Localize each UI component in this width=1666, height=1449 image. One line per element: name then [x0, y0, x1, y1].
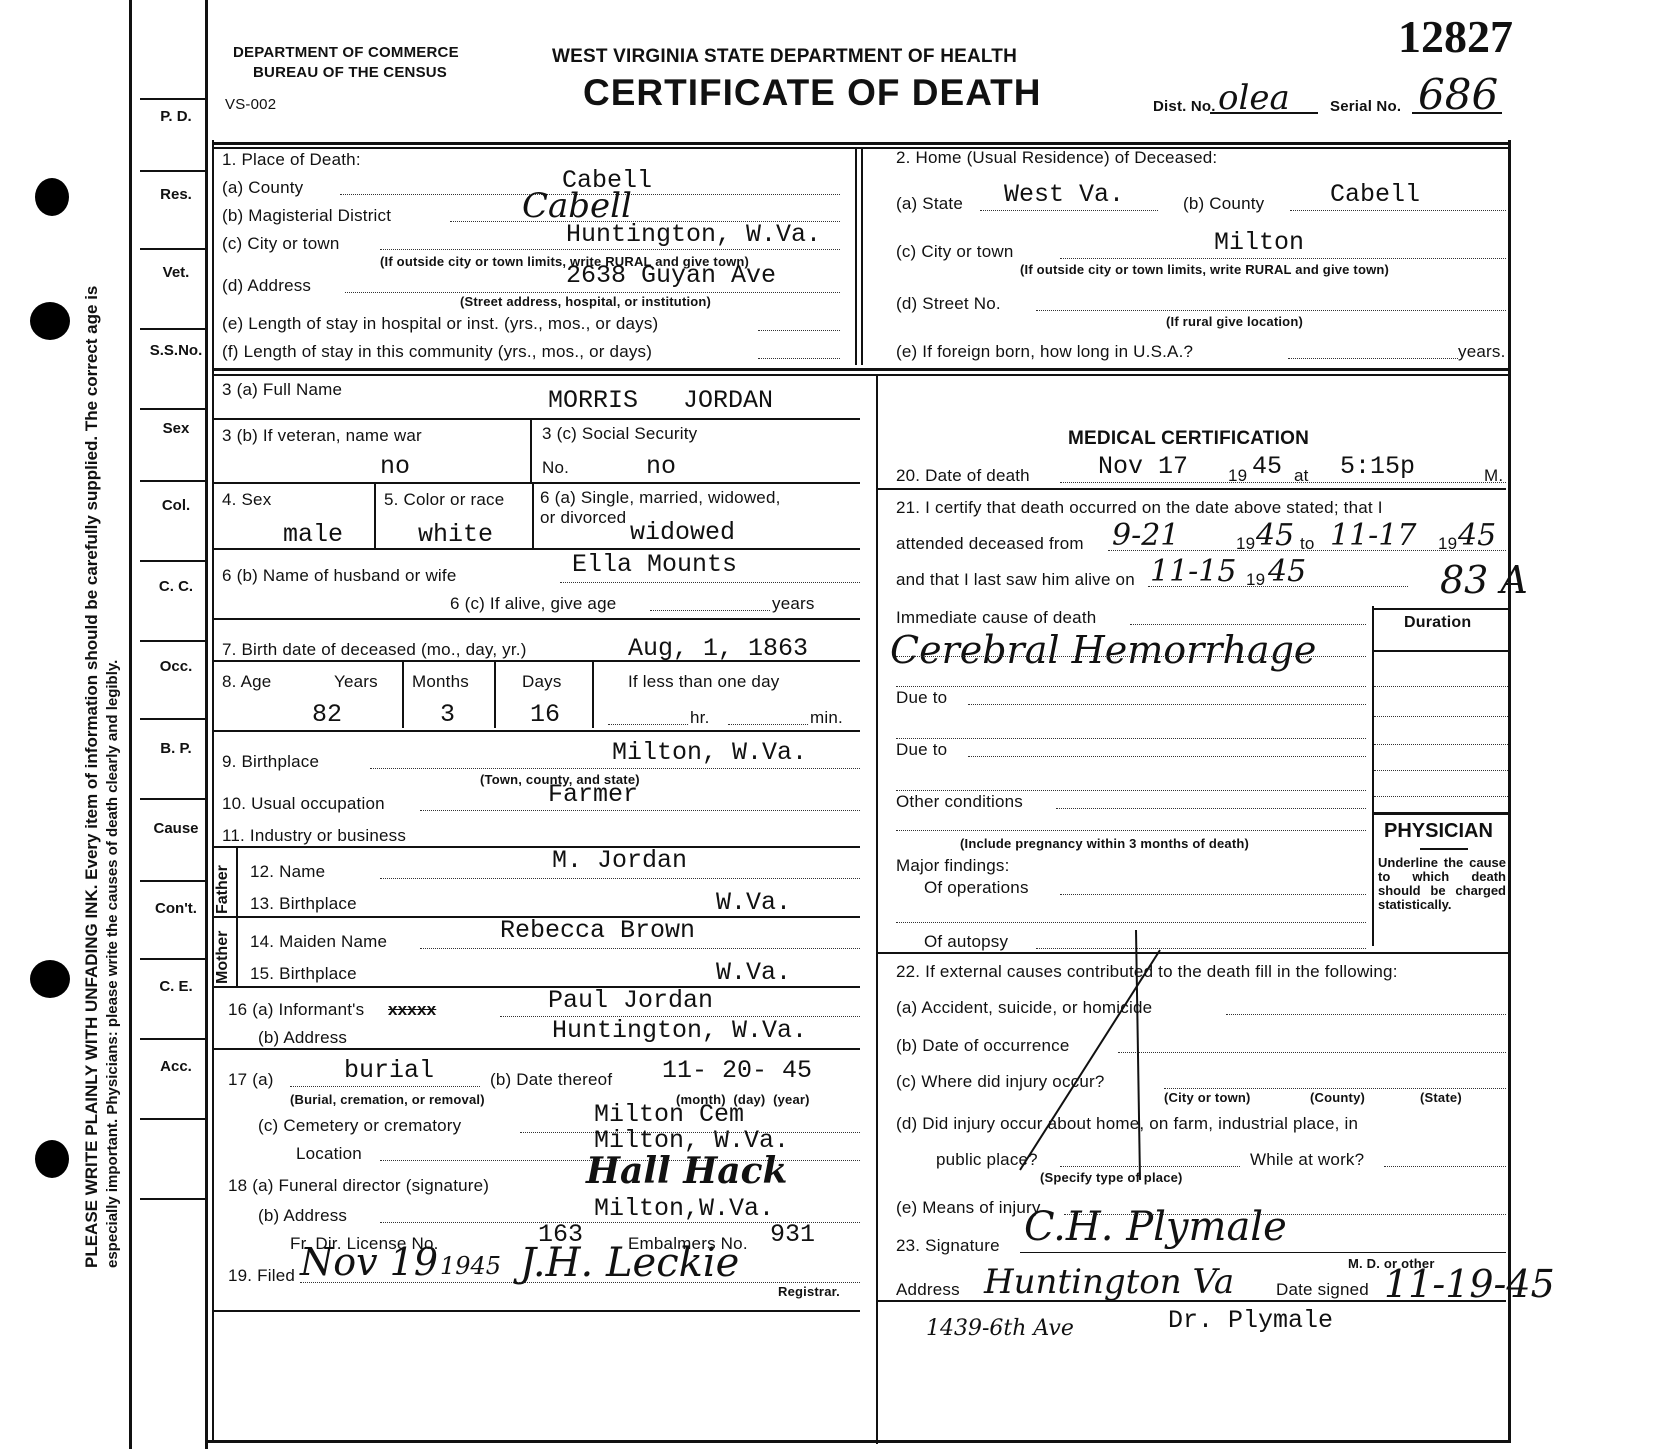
funeral-address-value: Milton,W.Va.: [594, 1194, 774, 1223]
district-label: (b) Magisterial District: [222, 206, 391, 226]
res-city-note: (If outside city or town limits, write R…: [1020, 262, 1389, 277]
disposal-date-label: (b) Date thereof: [490, 1070, 612, 1090]
death-time-suffix: M.: [1484, 466, 1503, 486]
race-value: white: [418, 520, 493, 549]
document-title: CERTIFICATE OF DEATH: [583, 72, 1042, 114]
months-label: Months: [412, 672, 469, 692]
attended-from: 9-21: [1112, 518, 1179, 553]
punch-hole: [35, 178, 69, 216]
punch-hole: [35, 1140, 69, 1178]
other-conditions-label: Other conditions: [896, 792, 1023, 812]
informant-value: Paul Jordan: [548, 986, 713, 1015]
physician-box-text: Underline the cause to which death shoul…: [1378, 856, 1506, 912]
due-to-1-label: Due to: [896, 688, 947, 708]
due-to-2-label: Due to: [896, 740, 947, 760]
ssn-no-label: No.: [542, 458, 569, 478]
birthplace-label: 9. Birthplace: [222, 752, 319, 772]
last-seen-label: and that I last saw him alive on: [896, 570, 1135, 590]
residence-heading: 2. Home (Usual Residence) of Deceased:: [896, 148, 1217, 168]
marital-label: 6 (a) Single, married, widowed,: [540, 488, 781, 508]
mother-name-label: 14. Maiden Name: [250, 932, 387, 952]
race-label: 5. Color or race: [384, 490, 504, 510]
res-county-value: Cabell: [1330, 180, 1420, 209]
ssn-label: 3 (c) Social Security: [542, 424, 697, 444]
physician-signature: C.H. Plymale: [1024, 1204, 1287, 1250]
spouse-age-label: 6 (c) If alive, give age: [450, 594, 616, 614]
code-cont: Con't.: [140, 900, 212, 917]
immediate-cause-label: Immediate cause of death: [896, 608, 1096, 628]
code-vet: Vet.: [140, 264, 212, 281]
res-county-label: (b) County: [1183, 194, 1264, 214]
age-label: 8. Age: [222, 672, 271, 692]
days-label: Days: [522, 672, 562, 692]
death-at-label: at: [1294, 466, 1309, 486]
years-label: Years: [334, 672, 378, 692]
address-value: 2638 Guyan Ave: [566, 261, 776, 290]
stay-hospital-label: (e) Length of stay in hospital or inst. …: [222, 314, 658, 334]
funeral-director-signature: Hall Hack: [586, 1150, 787, 1192]
sex-label: 4. Sex: [222, 490, 271, 510]
attended-to-year-prefix: 19: [1438, 534, 1457, 554]
attended-from-year: 45: [1256, 518, 1294, 553]
code-occ: Occ.: [140, 658, 212, 675]
code-sex: Sex: [140, 420, 212, 437]
full-name-label: 3 (a) Full Name: [222, 380, 342, 400]
margin-note: 83 A: [1440, 558, 1528, 602]
margin-instruction-line2: especially important. Physicians: please…: [104, 660, 121, 1268]
industry-label: 11. Industry or business: [222, 826, 406, 846]
while-at-work-label: While at work?: [1250, 1150, 1364, 1170]
city-value: Huntington, W.Va.: [566, 220, 821, 249]
registrar-label: Registrar.: [778, 1284, 840, 1299]
dist-no-label: Dist. No.: [1153, 98, 1216, 115]
state-department: WEST VIRGINIA STATE DEPARTMENT OF HEALTH: [552, 46, 1017, 68]
address-label: (d) Address: [222, 276, 311, 296]
code-cause: Cause: [140, 820, 212, 837]
immediate-cause-value: Cerebral Hemorrhage: [890, 628, 1316, 672]
filed-label: 19. Filed: [228, 1266, 295, 1286]
code-res: Res.: [140, 186, 212, 203]
code-ce: C. E.: [140, 978, 212, 995]
informant-address-label: (b) Address: [258, 1028, 347, 1048]
res-street-note: (If rural give location): [1166, 314, 1303, 329]
attended-to-label: to: [1300, 534, 1315, 554]
medical-heading: MEDICAL CERTIFICATION: [1068, 428, 1309, 450]
father-birthplace-label: 13. Birthplace: [250, 894, 357, 914]
spouse-label: 6 (b) Name of husband or wife: [222, 566, 456, 586]
attended-from-year-prefix: 19: [1236, 534, 1255, 554]
res-state-label: (a) State: [896, 194, 963, 214]
crossout-strokes: [1010, 930, 1210, 1190]
death-year-value: 45: [1252, 452, 1282, 481]
father-tag: Father: [214, 865, 232, 914]
location-label: Location: [296, 1144, 362, 1164]
physician-box-title: PHYSICIAN: [1384, 820, 1493, 843]
stay-community-label: (f) Length of stay in this community (yr…: [222, 342, 652, 362]
code-col: Col.: [140, 497, 212, 514]
physician-address-label: Address: [896, 1280, 960, 1300]
punch-hole: [30, 302, 70, 340]
min-label: min.: [810, 708, 843, 728]
physician-extra-note: 1439-6th Ave: [926, 1316, 1074, 1341]
code-ssno: S.S.No.: [140, 342, 212, 359]
mother-birthplace-label: 15. Birthplace: [250, 964, 357, 984]
bureau-census: BUREAU OF THE CENSUS: [253, 64, 447, 81]
disposition-value: burial: [344, 1056, 434, 1085]
certificate-number: 12827: [1398, 10, 1513, 63]
spouse-value: Ella Mounts: [572, 550, 737, 579]
pregnancy-note: (Include pregnancy within 3 months of de…: [960, 836, 1249, 851]
res-street-label: (d) Street No.: [896, 294, 1001, 314]
death-year-prefix: 19: [1228, 466, 1247, 486]
filed-year: 1945: [440, 1252, 501, 1280]
days-value: 16: [530, 700, 560, 729]
disposition-note: (Burial, cremation, or removal): [290, 1092, 485, 1107]
marital-label-2: or divorced: [540, 508, 626, 528]
signature-label: 23. Signature: [896, 1236, 1000, 1256]
father-name-label: 12. Name: [250, 862, 325, 882]
mother-name-value: Rebecca Brown: [500, 916, 695, 945]
informant-struck-text: xxxxx: [388, 1000, 436, 1020]
code-bp: B. P.: [140, 740, 212, 757]
informant-label: 16 (a) Informant's: [228, 1000, 364, 1020]
typed-physician-name: Dr. Plymale: [1168, 1306, 1333, 1335]
veteran-value: no: [380, 452, 410, 481]
certify-text: 21. I certify that death occurred on the…: [896, 498, 1383, 518]
res-state-value: West Va.: [1004, 180, 1124, 209]
last-seen-year: 45: [1268, 554, 1306, 589]
attended-to-year: 45: [1458, 518, 1496, 553]
father-birthplace-value: W.Va.: [716, 888, 791, 917]
ssn-value: no: [646, 452, 676, 481]
mother-tag: Mother: [214, 931, 232, 984]
last-seen-year-prefix: 19: [1246, 570, 1265, 590]
margin-instruction-line1: PLEASE WRITE PLAINLY WITH UNFADING INK. …: [82, 286, 102, 1268]
form-code: VS-002: [225, 96, 276, 113]
autopsy-label: Of autopsy: [924, 932, 1008, 952]
cemetery-label: (c) Cemetery or crematory: [258, 1116, 461, 1136]
serial-no-label: Serial No.: [1330, 98, 1401, 115]
code-pd: P. D.: [140, 108, 212, 125]
death-time-value: 5:15p: [1340, 452, 1415, 481]
sex-value: male: [283, 520, 343, 549]
code-cc: C. C.: [140, 578, 212, 595]
last-seen-value: 11-15: [1150, 554, 1236, 589]
funeral-address-label: (b) Address: [258, 1206, 347, 1226]
res-city-value: Milton: [1214, 228, 1304, 257]
res-city-label: (c) City or town: [896, 242, 1014, 262]
operations-label: Of operations: [924, 878, 1029, 898]
city-label: (c) City or town: [222, 234, 340, 254]
registrar-signature: J.H. Leckie: [520, 1240, 739, 1286]
months-value: 3: [440, 700, 455, 729]
external-c-note-state: (State): [1420, 1090, 1462, 1105]
veteran-label: 3 (b) If veteran, name war: [222, 426, 422, 446]
funeral-director-label: 18 (a) Funeral director (signature): [228, 1176, 489, 1196]
hr-label: hr.: [690, 708, 710, 728]
informant-address-value: Huntington, W.Va.: [552, 1016, 807, 1045]
dept-commerce: DEPARTMENT OF COMMERCE: [233, 44, 459, 61]
father-name-value: M. Jordan: [552, 846, 687, 875]
birth-date-value: Aug, 1, 1863: [628, 634, 808, 663]
duration-label: Duration: [1404, 614, 1471, 632]
date-signed-label: Date signed: [1276, 1280, 1369, 1300]
attended-to: 11-17: [1330, 518, 1416, 553]
external-e-label: (e) Means of injury: [896, 1198, 1041, 1218]
death-date-label: 20. Date of death: [896, 466, 1030, 486]
external-c-note-county: (County): [1310, 1090, 1365, 1105]
code-acc: Acc.: [140, 1058, 212, 1075]
foreign-born-label: (e) If foreign born, how long in U.S.A.?: [896, 342, 1193, 362]
attended-label: attended deceased from: [896, 534, 1084, 554]
county-label: (a) County: [222, 178, 303, 198]
birthplace-value: Milton, W.Va.: [612, 738, 807, 767]
punch-hole: [30, 960, 70, 998]
occupation-value: Farmer: [548, 780, 638, 809]
disposition-label: 17 (a): [228, 1070, 274, 1090]
foreign-born-suffix: years.: [1458, 342, 1506, 362]
mother-birthplace-value: W.Va.: [716, 958, 791, 987]
place-death-heading: 1. Place of Death:: [222, 150, 361, 170]
less-than-day-label: If less than one day: [628, 672, 779, 692]
full-name-value: MORRIS JORDAN: [548, 386, 773, 415]
physician-address-value: Huntington Va: [984, 1262, 1234, 1302]
birth-date-label: 7. Birth date of deceased (mo., day, yr.…: [222, 640, 527, 660]
disposal-date-value: 11- 20- 45: [662, 1056, 812, 1085]
embalmer-value: 931: [770, 1220, 815, 1249]
address-note: (Street address, hospital, or institutio…: [460, 294, 711, 309]
death-date-value: Nov 17: [1098, 452, 1188, 481]
filed-value: Nov 19: [300, 1240, 438, 1284]
years-value: 82: [312, 700, 342, 729]
cemetery-value: Milton Cem: [594, 1100, 744, 1129]
occupation-label: 10. Usual occupation: [222, 794, 385, 814]
marital-value: widowed: [630, 518, 735, 547]
spouse-age-suffix: years: [772, 594, 815, 614]
major-findings-label: Major findings:: [896, 856, 1010, 876]
